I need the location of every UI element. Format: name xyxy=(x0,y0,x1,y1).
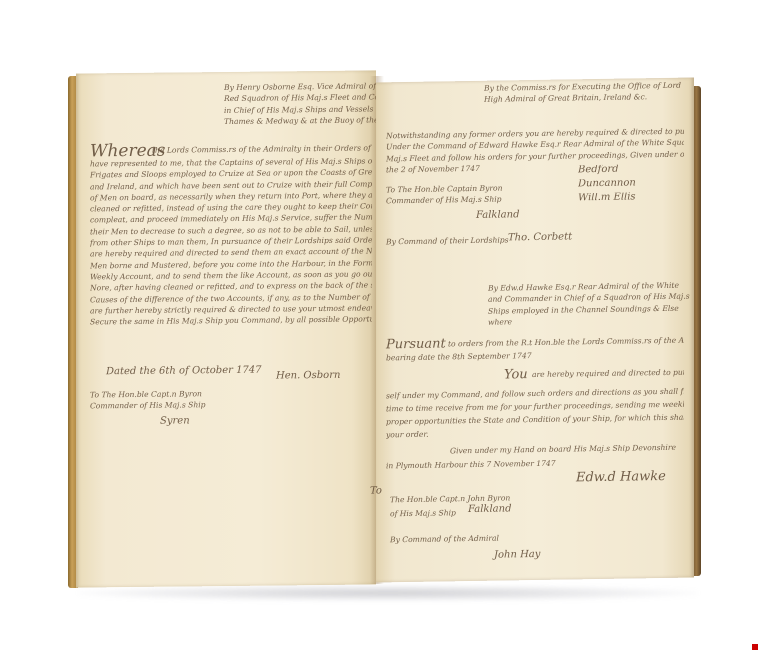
pursuant-word: Pursuant xyxy=(386,337,446,351)
body-line: Secure the same in His Maj.s Ship you Co… xyxy=(90,316,372,330)
signatory: Duncannon xyxy=(578,178,636,193)
corner-mark xyxy=(752,644,758,650)
photo-scene: By Henry Osborne Esq. Vice Admiral of th… xyxy=(0,0,758,650)
order-two-intro-2: bearing date the 8th September 1747 xyxy=(386,352,532,362)
ship-name-syren: Syren xyxy=(160,416,190,426)
you-word: You xyxy=(504,368,528,381)
by-command-two: By Command of the Admiral xyxy=(390,535,499,544)
book-shadow xyxy=(78,585,698,601)
address-line: Commander of His Maj.s Ship xyxy=(90,402,206,415)
body-first-line: the Lords Commiss.rs of the Admiralty in… xyxy=(152,144,372,154)
right-heading: By the Commiss.rs for Executing the Offi… xyxy=(484,82,681,108)
ship-falkland-one: Falkland xyxy=(476,210,519,221)
order-two-intro-1: to orders from the R.t Hon.ble the Lords… xyxy=(448,337,684,348)
by-command-one: By Command of their Lordships xyxy=(386,236,509,246)
secretary-hay: John Hay xyxy=(494,550,540,561)
ship-falkland-two: Falkland xyxy=(468,504,511,515)
right-page: By the Commiss.rs for Executing the Offi… xyxy=(376,78,694,583)
to-word: To xyxy=(370,486,382,496)
heading-two: By Edw.d Hawke Esq.r Rear Admiral of the… xyxy=(488,282,690,330)
given-line: Given under my Hand on board His Maj.s S… xyxy=(450,444,684,455)
address-line: Commander of His Maj.s Ship xyxy=(386,196,503,209)
secretary-corbett: Tho. Corbett xyxy=(508,232,572,243)
date-line: Dated the 6th of October 1747 xyxy=(106,366,262,378)
signatories: Bedford Duncannon Will.m Ellis xyxy=(578,164,636,207)
left-body: have represented to me, that the Captain… xyxy=(90,157,372,329)
signature-hawke: Edw.d Hawke xyxy=(576,470,666,484)
signature-osborn: Hen. Osborn xyxy=(276,371,340,382)
order-one: Notwithstanding any former orders you ar… xyxy=(386,128,684,178)
heading-line: where xyxy=(488,315,690,329)
address-one: To The Hon.ble Captain Byron Commander o… xyxy=(386,185,503,209)
place-date: in Plymouth Harbour this 7 November 1747 xyxy=(386,460,556,470)
signatory: Will.m Ellis xyxy=(578,192,636,207)
order-two-body: self under my Command, and follow such o… xyxy=(386,388,684,445)
signatory: Bedford xyxy=(578,164,636,179)
order-two-first: are hereby required and directed to put … xyxy=(532,369,684,379)
left-address: To The Hon.ble Capt.n Byron Commander of… xyxy=(90,390,206,414)
heading-line: High Admiral of Great Britain, Ireland &… xyxy=(484,93,681,107)
left-page: By Henry Osborne Esq. Vice Admiral of th… xyxy=(76,70,376,587)
